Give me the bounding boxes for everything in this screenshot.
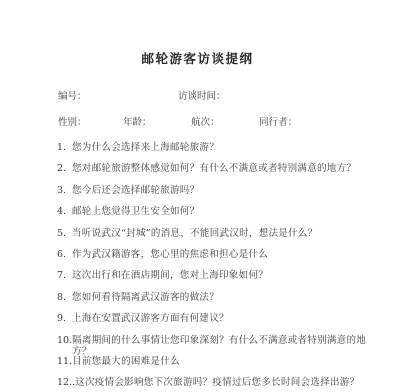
question-text: 作为武汉籍游客，您心里的焦虑和担心是什么 — [72, 249, 377, 260]
question-number: 3. — [57, 185, 72, 196]
question-number: 7. — [57, 270, 72, 281]
question-number: 2. — [57, 163, 72, 174]
question-number: 5. — [57, 228, 72, 239]
question-item: 4. 邮轮上您觉得卫生安全如何？ — [57, 206, 377, 227]
field-companion-label: 同行者： — [259, 114, 297, 128]
question-item: 2. 您对邮轮旅游整体感觉如何？有什么不满意或者特别满意的地方？ — [57, 163, 377, 184]
question-text: 这次疫情会影响您下次旅游吗？疫情过后您多长时间会选择出游？ — [75, 377, 377, 388]
question-item: 7. 这次出行和在酒店期间，您对上海印象如何？ — [57, 270, 377, 291]
question-number: 6. — [57, 249, 72, 260]
question-item: 8. 您如何看待隔离武汉游客的做法？ — [57, 292, 377, 313]
field-id-label: 编号： — [58, 88, 175, 102]
question-text: 您为什么会选择来上海邮轮旅游？ — [72, 142, 377, 153]
question-item: 12.. 这次疫情会影响您下次旅游吗？疫情过后您多长时间会选择出游？ — [57, 377, 377, 392]
field-interview-time-label: 访谈时间： — [178, 88, 226, 102]
question-text: 您今后还会选择邮轮旅游吗？ — [72, 185, 377, 196]
question-text: 您对邮轮旅游整体感觉如何？有什么不满意或者特别满意的地方？ — [72, 163, 377, 174]
question-list: 1. 您为什么会选择来上海邮轮旅游？ 2. 您对邮轮旅游整体感觉如何？有什么不满… — [0, 142, 395, 392]
question-text: 当听说武汉“封城”的消息，不能回武汉时，想法是什么？ — [72, 228, 377, 239]
question-number: 11. — [57, 356, 72, 367]
question-item: 11. 目前您最大的困难是什么 — [57, 356, 377, 377]
field-gender-label: 性别： — [58, 114, 120, 128]
question-number: 12.. — [57, 377, 75, 388]
question-number: 9. — [57, 313, 72, 324]
question-item: 1. 您为什么会选择来上海邮轮旅游？ — [57, 142, 377, 163]
question-number: 10. — [57, 335, 72, 346]
question-item: 6. 作为武汉籍游客，您心里的焦虑和担心是什么 — [57, 249, 377, 270]
question-number: 8. — [57, 292, 72, 303]
question-text: 隔离期间的什么事情让您印象深刻？有什么不满意或者特别满意的地方？ — [72, 335, 377, 357]
header-fields-row-2: 性别： 年龄： 航次： 同行者： — [0, 114, 395, 128]
field-voyage-label: 航次： — [191, 114, 256, 128]
question-number: 1. — [57, 142, 72, 153]
question-item: 10. 隔离期间的什么事情让您印象深刻？有什么不满意或者特别满意的地方？ — [57, 335, 377, 356]
question-item: 9. 上海在安置武汉游客方面有何建议？ — [57, 313, 377, 334]
question-text: 邮轮上您觉得卫生安全如何？ — [72, 206, 377, 217]
question-text: 您如何看待隔离武汉游客的做法？ — [72, 292, 377, 303]
question-text: 上海在安置武汉游客方面有何建议？ — [72, 313, 377, 324]
question-text: 目前您最大的困难是什么 — [72, 356, 377, 367]
header-fields-row-1: 编号： 访谈时间： — [0, 88, 395, 102]
question-item: 3. 您今后还会选择邮轮旅游吗？ — [57, 185, 377, 206]
question-item: 5. 当听说武汉“封城”的消息，不能回武汉时，想法是什么？ — [57, 228, 377, 249]
question-text: 这次出行和在酒店期间，您对上海印象如何？ — [72, 270, 377, 281]
document-page: 邮轮游客访谈提纲 编号： 访谈时间： 性别： 年龄： 航次： 同行者： 1. 您… — [0, 0, 395, 392]
field-age-label: 年龄： — [123, 114, 188, 128]
question-number: 4. — [57, 206, 72, 217]
page-title: 邮轮游客访谈提纲 — [0, 0, 395, 67]
